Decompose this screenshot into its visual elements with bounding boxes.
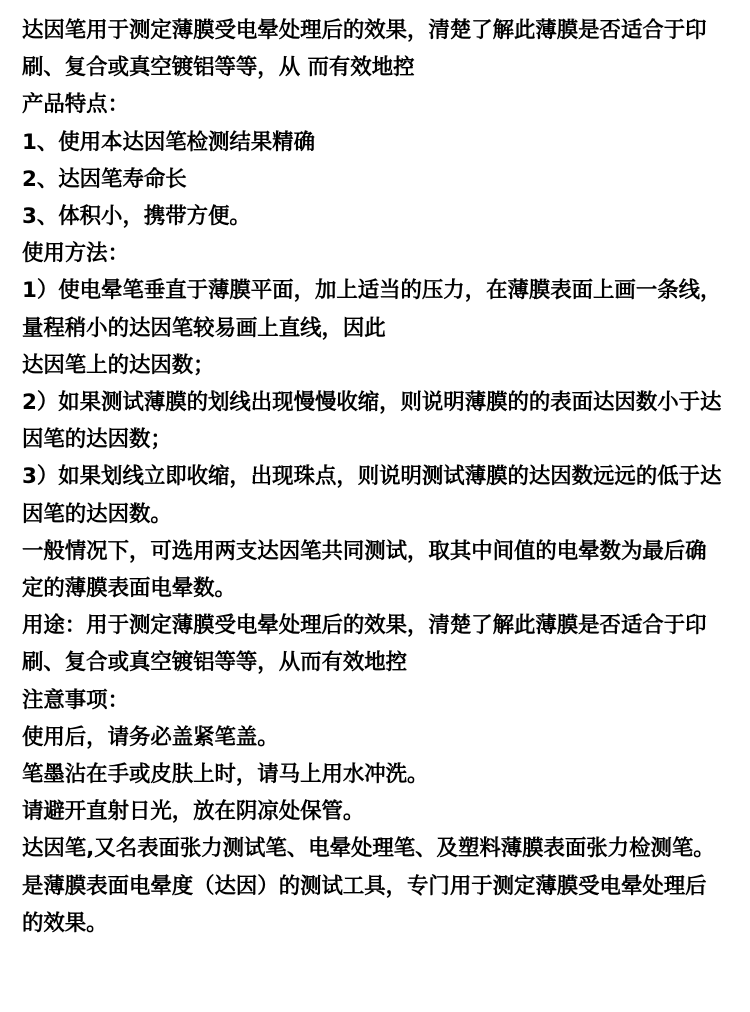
- purpose-line-1: 用途：用于测定薄膜受电晕处理后的效果，清楚了解此薄膜是否适合于印: [22, 607, 732, 644]
- feature-item-2: 2、达因笔寿命长: [22, 161, 732, 198]
- heading-product-features: 产品特点：: [22, 86, 732, 123]
- general-note-line-1: 一般情况下，可选用两支达因笔共同测试，取其中间值的电晕数为最后确: [22, 533, 732, 570]
- heading-precautions: 注意事项：: [22, 682, 732, 719]
- feature-item-1: 1、使用本达因笔检测结果精确: [22, 124, 732, 161]
- description-line-1: 达因笔,又名表面张力测试笔、电晕处理笔、及塑料薄膜表面张力检测笔。: [22, 830, 732, 867]
- precaution-item-1: 使用后，请务必盖紧笔盖。: [22, 719, 732, 756]
- description-line-2: 是薄膜表面电晕度（达因）的测试工具，专门用于测定薄膜受电晕处理后: [22, 868, 732, 905]
- text-line-intro-1: 达因笔用于测定薄膜受电晕处理后的效果，清楚了解此薄膜是否适合于印: [22, 12, 732, 49]
- usage-step-1-line-1: 1）使电晕笔垂直于薄膜平面，加上适当的压力，在薄膜表面上画一条线，: [22, 272, 732, 309]
- usage-step-1-line-3: 达因笔上的达因数；: [22, 347, 732, 384]
- document-page: 达因笔用于测定薄膜受电晕处理后的效果，清楚了解此薄膜是否适合于印 刷、复合或真空…: [0, 0, 750, 1012]
- usage-step-3-line-2: 因笔的达因数。: [22, 496, 732, 533]
- precaution-item-2: 笔墨沾在手或皮肤上时，请马上用水冲洗。: [22, 756, 732, 793]
- description-line-3: 的效果。: [22, 905, 732, 942]
- usage-step-3-line-1: 3）如果划线立即收缩，出现珠点，则说明测试薄膜的达因数远远的低于达: [22, 458, 732, 495]
- purpose-line-2: 刷、复合或真空镀铝等等，从而有效地控: [22, 644, 732, 681]
- precaution-item-3: 请避开直射日光，放在阴凉处保管。: [22, 793, 732, 830]
- document-body: 达因笔用于测定薄膜受电晕处理后的效果，清楚了解此薄膜是否适合于印 刷、复合或真空…: [22, 12, 732, 942]
- text-line-intro-2: 刷、复合或真空镀铝等等，从 而有效地控: [22, 49, 732, 86]
- feature-item-3: 3、体积小，携带方便。: [22, 198, 732, 235]
- usage-step-1-line-2: 量程稍小的达因笔较易画上直线，因此: [22, 310, 732, 347]
- usage-step-2-line-1: 2）如果测试薄膜的划线出现慢慢收缩，则说明薄膜的的表面达因数小于达: [22, 384, 732, 421]
- usage-step-2-line-2: 因笔的达因数；: [22, 421, 732, 458]
- heading-usage-method: 使用方法：: [22, 235, 732, 272]
- general-note-line-2: 定的薄膜表面电晕数。: [22, 570, 732, 607]
